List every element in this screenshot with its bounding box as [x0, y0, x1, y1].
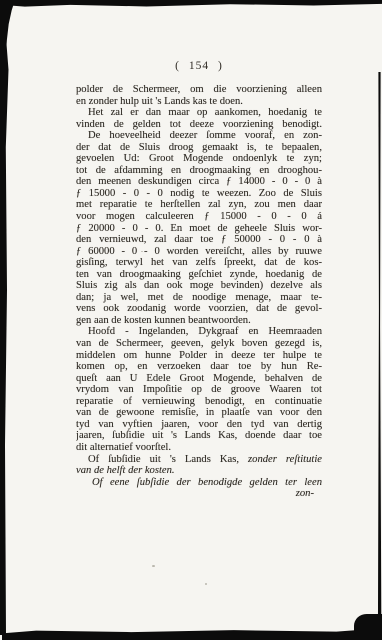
text-line: vinden de gelden tot deeze voorziening b…: [76, 119, 322, 131]
text-segment: jaaren, ſubſidie uit 's Lands Kas, doend…: [76, 430, 322, 441]
page-number: ( 154 ): [76, 60, 322, 72]
text-segment: Sluis zig als dan ook moge bevinden) dez…: [76, 280, 322, 291]
text-segment: ƒ 20000 - 0 - 0. En moet de geheele Slui…: [76, 223, 322, 234]
text-line: gen aan de kosten kunnen beantwoorden.: [76, 315, 322, 327]
text-line: komen op, en verzoeken daar toe by hun R…: [76, 361, 322, 373]
text-segment: ƒ 15000 - 0 - 0 nodig te weezen. Zoo de …: [76, 188, 322, 199]
text-segment: zon-: [296, 488, 314, 499]
text-segment: vrydom van Impoſitie op de groove Waaren…: [76, 384, 322, 395]
text-line: voor mogen calculeeren ƒ 15000 - 0 - 0 á: [76, 211, 322, 223]
text-line: polder de Schermeer, om die voorziening …: [76, 84, 322, 96]
text-segment: dan; ja wel, met de noodige menage, maar…: [76, 292, 322, 303]
scan-speck: [205, 583, 207, 585]
text-line: vrydom van Impoſitie op de groove Waaren…: [76, 384, 322, 396]
scanned-page: ( 154 ) polder de Schermeer, om die voor…: [0, 0, 382, 640]
text-line: ƒ 15000 - 0 - 0 nodig te weezen. Zoo de …: [76, 188, 322, 200]
text-segment: komen op, en verzoeken daar toe by hun R…: [76, 361, 322, 372]
text-line: ƒ 60000 - 0 - 0 worden vereiſcht, alles …: [76, 246, 322, 258]
text-segment: vinden de gelden tot deeze voorziening b…: [76, 119, 322, 130]
text-segment: ten van droogmaaking geſchiet zynde, hoe…: [76, 269, 322, 280]
scan-edge-right-line: [377, 72, 382, 640]
text-segment: van de helft der kosten.: [76, 465, 175, 476]
text-line: dan; ja wel, met de noodige menage, maar…: [76, 292, 322, 304]
text-line: der dat de Sluis droog gemaakt is, te be…: [76, 142, 322, 154]
text-segment: met reparatie te herſtellen zal zyn, zou…: [76, 199, 322, 210]
text-line: en zonder hulp uit 's Lands kas te doen.: [76, 96, 322, 108]
text-line: jaaren, ſubſidie uit 's Lands Kas, doend…: [76, 430, 322, 442]
text-line: tot de afdamming en droogmaaking en droo…: [76, 165, 322, 177]
text-line: middelen om hunne Polder in deeze ter hu…: [76, 350, 322, 362]
text-line: Of eene ſubſidie der benodigde gelden te…: [76, 477, 322, 489]
text-line: den meenen deskundigen circa ƒ 14000 - 0…: [76, 176, 322, 188]
text-segment: gevoelen Ud: Groot Mogende ondoenlyk te …: [76, 153, 322, 164]
text-segment: vens ook zoodanig worde voorzien, dat de…: [76, 303, 322, 314]
text-line: van de gewoone remisſie, in plaatſe van …: [76, 407, 322, 419]
text-segment: gisſing, terwyl het van zelfs ſpreekt, d…: [76, 257, 322, 268]
text-line: Sluis zig als dan ook moge bevinden) dez…: [76, 280, 322, 292]
text-segment: middelen om hunne Polder in deeze ter hu…: [76, 350, 322, 361]
text-line: De hoeveelheid deezer ſomme vooraf, en z…: [76, 130, 322, 142]
text-line: reparatie of vernieuwing benodigt, en co…: [76, 396, 322, 408]
text-segment: van de gewoone remisſie, in plaatſe van …: [76, 407, 322, 418]
text-segment: De hoeveelheid deezer ſomme vooraf, en z…: [88, 130, 322, 141]
text-segment: der dat de Sluis droog gemaakt is, te be…: [76, 142, 322, 153]
text-segment: voor mogen calculeeren ƒ 15000 - 0 - 0 á: [76, 211, 322, 222]
text-segment: Of eene ſubſidie der benodigde gelden te…: [92, 477, 322, 488]
text-segment: den vernieuwd, zal daar toe ƒ 50000 - 0 …: [76, 234, 322, 245]
text-line: queſt aan U Edele Groot Mogende, behalve…: [76, 373, 322, 385]
text-line: Het zal er dan maar op aankomen, hoedani…: [76, 107, 322, 119]
scan-edge-left: [0, 40, 10, 635]
text-line: van de Schermeer, geeven, gelyk boven ge…: [76, 338, 322, 350]
text-segment: tyd van vyftien jaaren, voor den tyd van…: [76, 419, 322, 430]
text-line: gisſing, terwyl het van zelfs ſpreekt, d…: [76, 257, 322, 269]
text-segment: Het zal er dan maar op aankomen, hoedani…: [88, 107, 322, 118]
text-line: tyd van vyftien jaaren, voor den tyd van…: [76, 419, 322, 431]
text-line: gevoelen Ud: Groot Mogende ondoenlyk te …: [76, 153, 322, 165]
text-line: ten van droogmaaking geſchiet zynde, hoe…: [76, 269, 322, 281]
scan-edge-top: [2, 0, 382, 7]
text-line: ƒ 20000 - 0 - 0. En moet de geheele Slui…: [76, 223, 322, 235]
text-line: dit alternatief voorſtel.: [76, 442, 322, 454]
text-segment: ƒ 60000 - 0 - 0 worden vereiſcht, alles …: [76, 246, 322, 257]
text-line: Hoofd - Ingelanden, Dykgraaf en Heemraad…: [76, 326, 322, 338]
text-segment: tot de afdamming en droogmaaking en droo…: [76, 165, 322, 176]
text-line: den vernieuwd, zal daar toe ƒ 50000 - 0 …: [76, 234, 322, 246]
scan-edge-bottom-right-blob: [354, 614, 382, 640]
catchword: zon-: [76, 488, 322, 500]
text-line: met reparatie te herſtellen zal zyn, zou…: [76, 199, 322, 211]
text-segment: den meenen deskundigen circa ƒ 14000 - 0…: [76, 176, 322, 187]
text-segment: queſt aan U Edele Groot Mogende, behalve…: [76, 373, 322, 384]
text-line: van de helft der kosten.: [76, 465, 322, 477]
page-text: polder de Schermeer, om die voorziening …: [76, 84, 322, 500]
text-segment-italic: zonder reſtitutie: [248, 454, 322, 465]
text-segment: gen aan de kosten kunnen beantwoorden.: [76, 315, 251, 326]
text-segment: dit alternatief voorſtel.: [76, 442, 171, 453]
text-line: Of ſubſidie uit 's Lands Kas, zonder reſ…: [76, 454, 322, 466]
text-segment: en zonder hulp uit 's Lands kas te doen.: [76, 96, 243, 107]
text-segment: van de Schermeer, geeven, gelyk boven ge…: [76, 338, 322, 349]
text-line: vens ook zoodanig worde voorzien, dat de…: [76, 303, 322, 315]
text-segment: Hoofd - Ingelanden, Dykgraaf en Heemraad…: [88, 326, 322, 337]
text-segment: Of ſubſidie uit 's Lands Kas,: [88, 454, 248, 465]
scan-speck: [152, 565, 155, 567]
scan-edge-bottom: [2, 628, 382, 640]
text-segment: polder de Schermeer, om die voorziening …: [76, 84, 322, 95]
text-segment: reparatie of vernieuwing benodigt, en co…: [76, 396, 322, 407]
